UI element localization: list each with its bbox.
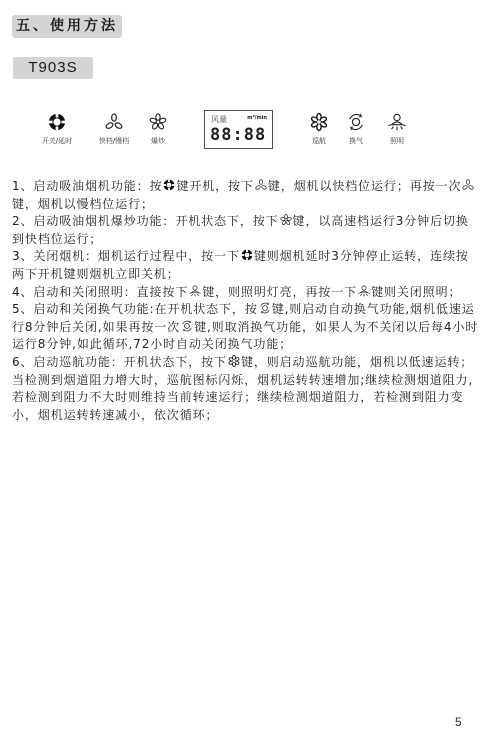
fan-icon	[105, 113, 123, 131]
ventilation-icon	[347, 113, 365, 131]
text: 5、启动和关闭换气功能:在开机状态下，按	[12, 302, 258, 316]
stirfry-fan-icon	[280, 214, 292, 226]
light-icon	[388, 113, 406, 131]
key-label: 快档/慢档	[89, 136, 139, 146]
section-title: 五、使用方法	[12, 15, 122, 38]
text: 3、关闭烟机：烟机运行过程中，按一下	[12, 249, 240, 263]
text: 键开机，按下	[176, 179, 253, 193]
text: 键，烟机以慢档位运行；	[12, 197, 154, 211]
text: 6、启动巡航功能：开机状态下，按下	[12, 355, 227, 369]
text: 2、启动吸油烟机爆炒功能：开机状态下，按下	[12, 214, 279, 228]
key-label: 照明	[372, 136, 422, 146]
display-unit: m³/min	[247, 115, 267, 121]
display-digits: 88:88	[210, 126, 266, 144]
power-icon	[48, 113, 66, 131]
key-label: 开关/延时	[32, 136, 82, 146]
instruction-4: 4、启动和关闭照明：直接按下键，则照明灯亮，再按一下键则关闭照明；	[12, 284, 480, 302]
instructions: 1、启动吸油烟机功能：按键开机，按下键，烟机以快档位运行；再按一次键，烟机以慢档…	[12, 178, 480, 424]
instruction-1: 1、启动吸油烟机功能：按键开机，按下键，烟机以快档位运行；再按一次键，烟机以慢档…	[12, 178, 480, 213]
fan-icon	[255, 179, 267, 191]
light-icon	[358, 285, 370, 297]
fan-icon	[462, 179, 474, 191]
display-label: 风量	[211, 114, 227, 125]
power-icon	[163, 179, 175, 191]
cruise-icon	[228, 355, 240, 367]
text: 1、启动吸油烟机功能：按	[12, 179, 162, 193]
power-icon	[241, 249, 253, 261]
instruction-6: 6、启动巡航功能：开机状态下，按下键，则启动巡航功能，烟机以低速运转；当检测到烟…	[12, 354, 480, 424]
instruction-2: 2、启动吸油烟机爆炒功能：开机状态下，按下键，以高速档运行3分钟后切换到快档位运…	[12, 213, 480, 248]
model-tag: T903S	[13, 57, 93, 79]
page-number: 5	[455, 715, 462, 729]
text: 4、启动和关闭照明：直接按下	[12, 285, 188, 299]
text: 键，烟机以快档位运行；再按一次	[268, 179, 462, 193]
text: 键则关闭照明；	[371, 285, 461, 299]
cruise-icon	[310, 113, 328, 131]
ventilation-icon	[259, 302, 271, 314]
light-icon	[189, 285, 201, 297]
stirfry-fan-icon	[149, 113, 167, 131]
key-speed: 快档/慢档	[89, 113, 139, 146]
airflow-display: 风量 m³/min 88:88	[204, 110, 273, 149]
instruction-5: 5、启动和关闭换气功能:在开机状态下，按键,则启动自动换气功能,烟机低速运行8分…	[12, 301, 480, 354]
text: 键，则照明灯亮，再按一下	[202, 285, 357, 299]
key-light: 照明	[372, 113, 422, 146]
key-power: 开关/延时	[32, 113, 82, 146]
key-label: 爆炒	[133, 136, 183, 146]
key-stirfry: 爆炒	[133, 113, 183, 146]
instruction-3: 3、关闭烟机：烟机运行过程中，按一下键则烟机延时3分钟停止运转，连续按两下开机键…	[12, 248, 480, 283]
ventilation-icon	[181, 320, 193, 332]
